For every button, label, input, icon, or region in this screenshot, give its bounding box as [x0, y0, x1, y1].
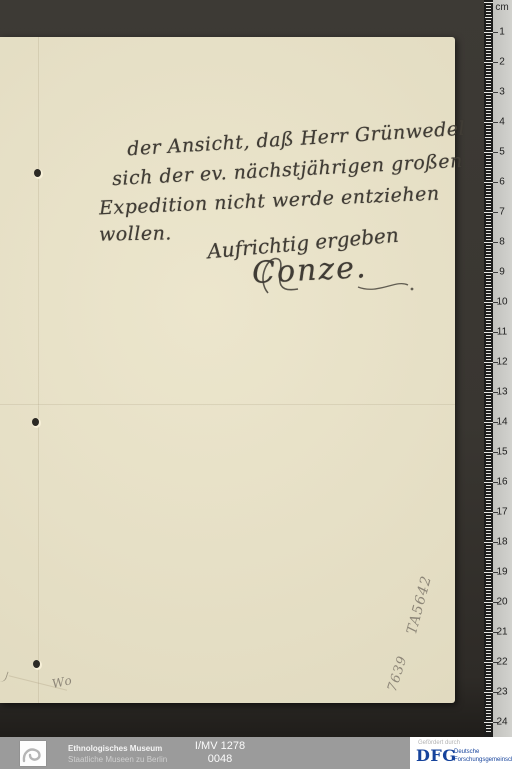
ruler-tick — [486, 710, 491, 711]
ruler-tick — [486, 215, 491, 216]
ruler-tick — [486, 329, 491, 330]
ruler-tick — [486, 608, 491, 609]
ruler-tick — [486, 263, 491, 264]
ruler-tick — [485, 557, 492, 558]
ruler-tick — [486, 548, 491, 549]
ruler-tick — [486, 716, 491, 717]
ruler-tick — [485, 437, 492, 438]
ruler-tick — [486, 569, 491, 570]
ruler-number: 4 — [493, 117, 511, 128]
ruler-tick — [486, 371, 491, 372]
pencil-annotation-bottom-left: Wo — [51, 673, 74, 691]
ruler-tick — [486, 194, 491, 195]
ruler-tick — [486, 5, 491, 6]
ruler-tick — [486, 620, 491, 621]
ruler-number: 3 — [493, 87, 511, 98]
ruler-tick — [484, 632, 493, 633]
ruler-tick — [486, 221, 491, 222]
ruler-tick — [486, 413, 491, 414]
ruler-tick — [484, 542, 493, 543]
ruler-tick — [486, 293, 491, 294]
ruler-number: 18 — [493, 537, 511, 548]
ruler-tick — [486, 269, 491, 270]
ruler-tick — [486, 326, 491, 327]
ruler-tick — [486, 218, 491, 219]
ruler-tick — [486, 386, 491, 387]
ruler-tick — [485, 377, 492, 378]
ruler-tick — [486, 686, 491, 687]
ruler-tick — [486, 176, 491, 177]
ruler-tick — [486, 350, 491, 351]
ruler-tick — [486, 473, 491, 474]
ruler-tick — [486, 596, 491, 597]
ruler-tick — [486, 146, 491, 147]
funder-name: Deutsche Forschungsgemeinschaft — [454, 748, 512, 764]
ruler-tick — [486, 518, 491, 519]
ruler-tick — [486, 494, 491, 495]
ruler-tick — [486, 629, 491, 630]
ruler-tick — [486, 173, 491, 174]
ruler-tick — [486, 590, 491, 591]
ruler-tick — [486, 641, 491, 642]
ruler-tick — [486, 11, 491, 12]
ruler-tick — [486, 131, 491, 132]
ruler-tick — [486, 65, 491, 66]
ruler-tick — [486, 314, 491, 315]
ruler-tick — [485, 347, 492, 348]
ruler-tick — [486, 89, 491, 90]
pencil-annotation-upper: TA5642 — [404, 574, 435, 636]
ruler-tick — [486, 464, 491, 465]
ruler-tick — [486, 305, 491, 306]
ruler-tick — [486, 599, 491, 600]
ruler-tick — [486, 35, 491, 36]
ruler-tick — [486, 44, 491, 45]
ruler-tick — [486, 206, 491, 207]
ruler-tick — [485, 407, 492, 408]
vertical-fold-line — [38, 37, 40, 703]
punch-hole — [32, 418, 39, 426]
ruler-tick — [486, 458, 491, 459]
page-number: 0048 — [0, 753, 440, 766]
ruler-tick — [486, 506, 491, 507]
ruler-tick — [484, 692, 493, 693]
ruler-tick — [486, 500, 491, 501]
ruler-tick — [486, 515, 491, 516]
ruler-tick — [486, 254, 491, 255]
ruler-tick — [486, 443, 491, 444]
ruler-tick — [486, 41, 491, 42]
ruler-number: 21 — [493, 627, 511, 638]
ruler-tick — [486, 410, 491, 411]
ruler-tick — [484, 602, 493, 603]
ruler-tick — [484, 512, 493, 513]
ruler-tick — [486, 320, 491, 321]
ruler-tick — [486, 638, 491, 639]
ruler-tick — [486, 419, 491, 420]
ruler-tick — [486, 113, 491, 114]
ruler-tick — [485, 587, 492, 588]
ruler-tick — [486, 380, 491, 381]
ruler-tick — [486, 29, 491, 30]
ruler-tick — [485, 617, 492, 618]
ruler-tick — [486, 731, 491, 732]
ruler-tick — [485, 497, 492, 498]
ruler-tick — [486, 671, 491, 672]
ruler-tick — [486, 431, 491, 432]
ruler-tick — [484, 272, 493, 273]
dfg-logo: DFG — [416, 746, 456, 765]
ruler-tick — [485, 167, 492, 168]
ruler-tick — [486, 575, 491, 576]
ruler-number: 1 — [493, 27, 511, 38]
ruler-tick — [486, 311, 491, 312]
ruler-tick — [486, 440, 491, 441]
ruler-tick — [486, 551, 491, 552]
ruler-tick — [485, 197, 492, 198]
ruler-tick — [486, 554, 491, 555]
ruler-tick — [484, 122, 493, 123]
ruler-tick — [486, 266, 491, 267]
ruler-tick — [486, 401, 491, 402]
ruler-tick — [486, 701, 491, 702]
ruler-number: 10 — [493, 297, 511, 308]
ruler-tick — [486, 290, 491, 291]
ruler-tick — [484, 62, 493, 63]
ruler-tick — [486, 104, 491, 105]
ruler-tick — [486, 200, 491, 201]
ruler-tick — [486, 404, 491, 405]
ruler-tick — [486, 683, 491, 684]
letter-line: wollen. — [99, 222, 172, 245]
ruler-tick — [484, 332, 493, 333]
ruler-tick — [486, 191, 491, 192]
ruler-tick — [486, 626, 491, 627]
ruler-tick — [486, 116, 491, 117]
ruler-tick — [485, 17, 492, 18]
letter-page: der Ansicht, daß Herr Grünwedel sich der… — [0, 37, 455, 703]
scan-area: der Ansicht, daß Herr Grünwedel sich der… — [0, 0, 512, 737]
ruler-tick — [486, 728, 491, 729]
ruler-tick — [485, 647, 492, 648]
ruler-tick — [486, 479, 491, 480]
ruler-tick — [486, 23, 491, 24]
ruler-number: 11 — [493, 327, 511, 338]
ruler-tick — [486, 530, 491, 531]
ruler-tick — [486, 125, 491, 126]
ruler-tick — [486, 536, 491, 537]
ruler-tick — [486, 650, 491, 651]
ruler-tick — [486, 461, 491, 462]
ruler-tick — [486, 455, 491, 456]
ruler-tick — [486, 80, 491, 81]
ruler-tick — [486, 299, 491, 300]
ruler-tick — [486, 539, 491, 540]
ruler-number: 13 — [493, 387, 511, 398]
ruler-tick — [486, 86, 491, 87]
ruler-number: 9 — [493, 267, 511, 278]
ruler-tick — [486, 251, 491, 252]
ruler-tick — [485, 257, 492, 258]
ruler-tick — [486, 560, 491, 561]
ruler-tick — [486, 521, 491, 522]
ruler-tick — [486, 605, 491, 606]
ruler-tick — [486, 593, 491, 594]
ruler-tick — [484, 212, 493, 213]
ruler-tick — [484, 182, 493, 183]
document-reference: I/MV 1278 0048 — [0, 740, 440, 766]
ruler-tick — [486, 368, 491, 369]
ruler-number: 6 — [493, 177, 511, 188]
ruler-tick — [486, 695, 491, 696]
ruler-tick — [486, 491, 491, 492]
ruler-tick — [486, 566, 491, 567]
ruler-tick — [486, 509, 491, 510]
ruler-tick — [486, 395, 491, 396]
ruler-tick — [484, 362, 493, 363]
ruler-tick — [486, 449, 491, 450]
ruler-tick — [486, 635, 491, 636]
ruler-tick — [484, 302, 493, 303]
ruler-tick — [486, 296, 491, 297]
punch-hole — [34, 169, 41, 177]
ruler-tick — [486, 611, 491, 612]
ruler-tick — [484, 152, 493, 153]
ruler-number: 5 — [493, 147, 511, 158]
ruler-tick — [486, 356, 491, 357]
ruler-tick — [486, 239, 491, 240]
ruler-tick — [486, 416, 491, 417]
ruler-tick — [486, 140, 491, 141]
ruler-tick — [486, 389, 491, 390]
ruler-tick — [486, 476, 491, 477]
ruler-tick — [486, 164, 491, 165]
ruler-tick — [486, 8, 491, 9]
ruler-number: 24 — [493, 717, 511, 728]
ruler-tick — [486, 656, 491, 657]
ruler-tick — [486, 278, 491, 279]
ruler-unit-label: cm — [493, 2, 511, 13]
ruler-tick — [486, 425, 491, 426]
ruler-tick — [486, 20, 491, 21]
ruler-tick — [486, 71, 491, 72]
ruler-tick — [486, 353, 491, 354]
ruler-tick — [486, 260, 491, 261]
ruler-tick — [486, 98, 491, 99]
ruler-tick — [486, 665, 491, 666]
ruler-tick — [486, 533, 491, 534]
ruler-tick — [486, 275, 491, 276]
ruler-tick — [486, 119, 491, 120]
ruler-tick — [486, 668, 491, 669]
ruler-number: 2 — [493, 57, 511, 68]
dfg-funding-box: Gefördert durch DFG Deutsche Forschungsg… — [410, 737, 512, 769]
ruler-tick — [486, 704, 491, 705]
ruler-tick — [486, 245, 491, 246]
ruler-tick — [486, 359, 491, 360]
ruler-tick — [484, 572, 493, 573]
ruler-number: 12 — [493, 357, 511, 368]
ruler-tick — [486, 230, 491, 231]
ruler-tick — [486, 584, 491, 585]
ruler-tick — [486, 338, 491, 339]
ruler-tick — [485, 527, 492, 528]
ruler-tick — [486, 188, 491, 189]
ruler-tick — [485, 107, 492, 108]
ruler-tick — [486, 725, 491, 726]
ruler-tick — [486, 383, 491, 384]
ruler-tick — [484, 32, 493, 33]
ruler-tick — [486, 179, 491, 180]
ruler-tick — [485, 317, 492, 318]
ruler-number: 8 — [493, 237, 511, 248]
ruler-tick — [485, 287, 492, 288]
ruler-tick — [486, 680, 491, 681]
ruler-tick — [486, 203, 491, 204]
ruler-tick — [486, 56, 491, 57]
ruler-number: 16 — [493, 477, 511, 488]
ruler-tick — [485, 77, 492, 78]
ruler-tick — [484, 422, 493, 423]
ruler-tick — [486, 581, 491, 582]
ruler-tick — [486, 524, 491, 525]
ruler-tick — [485, 47, 492, 48]
ruler-tick — [486, 323, 491, 324]
ruler-tick — [486, 281, 491, 282]
ruler-tick — [484, 92, 493, 93]
ruler-number: 7 — [493, 207, 511, 218]
ruler-number: 14 — [493, 417, 511, 428]
ruler-tick — [486, 95, 491, 96]
ruler-tick — [486, 719, 491, 720]
ruler-tick — [486, 68, 491, 69]
ruler-tick — [484, 392, 493, 393]
ruler-tick — [484, 242, 493, 243]
ruler-tick — [486, 158, 491, 159]
cm-ruler: cm 1234567891011121314151617181920212223… — [484, 0, 512, 737]
ruler-tick — [486, 659, 491, 660]
ruler-tick — [486, 284, 491, 285]
ruler-tick — [486, 38, 491, 39]
pencil-annotation-lower: 7639 — [385, 654, 411, 694]
ruler-tick — [484, 482, 493, 483]
ruler-tick — [484, 2, 493, 3]
ruler-number: 17 — [493, 507, 511, 518]
ruler-tick — [485, 467, 492, 468]
ruler-tick — [486, 170, 491, 171]
ruler-tick — [486, 59, 491, 60]
ruler-tick — [486, 428, 491, 429]
ruler-number: 23 — [493, 687, 511, 698]
ruler-tick — [486, 470, 491, 471]
ruler-tick — [486, 224, 491, 225]
ruler-tick — [486, 614, 491, 615]
ruler-tick — [486, 644, 491, 645]
ruler-tick — [486, 101, 491, 102]
ruler-tick — [486, 74, 491, 75]
ruler-number: 20 — [493, 597, 511, 608]
ruler-tick — [485, 707, 492, 708]
ruler-tick — [486, 185, 491, 186]
ruler-tick — [486, 155, 491, 156]
ruler-tick — [486, 209, 491, 210]
ruler-tick — [485, 137, 492, 138]
ruler-tick — [486, 134, 491, 135]
ruler-tick — [486, 674, 491, 675]
ruler-tick — [485, 677, 492, 678]
ruler-tick — [486, 308, 491, 309]
ruler-number: 15 — [493, 447, 511, 458]
ruler-tick — [486, 341, 491, 342]
signature: Conze. — [251, 250, 368, 291]
footer-bar: Ethnologisches Museum Staatliche Museen … — [0, 737, 512, 769]
ruler-tick — [484, 452, 493, 453]
ruler-tick — [484, 722, 493, 723]
edge-pencil-mark — [0, 669, 9, 684]
ruler-tick — [486, 248, 491, 249]
ruler-number: 22 — [493, 657, 511, 668]
ruler-tick — [486, 14, 491, 15]
ruler-tick — [486, 653, 491, 654]
ruler-tick — [486, 563, 491, 564]
ruler-tick — [486, 335, 491, 336]
ruler-tick — [486, 398, 491, 399]
ruler-tick — [486, 143, 491, 144]
ruler-tick — [486, 698, 491, 699]
ruler-tick — [486, 545, 491, 546]
ruler-tick — [485, 227, 492, 228]
ruler-tick — [486, 503, 491, 504]
ruler-tick — [484, 662, 493, 663]
ruler-tick — [486, 233, 491, 234]
ruler-tick — [486, 236, 491, 237]
ruler-tick — [486, 488, 491, 489]
ruler-tick — [486, 713, 491, 714]
horizontal-fold-line — [0, 404, 455, 406]
ruler-tick — [486, 689, 491, 690]
ruler-tick — [486, 578, 491, 579]
ruler-tick — [486, 53, 491, 54]
ruler-tick — [486, 434, 491, 435]
ruler-tick — [486, 365, 491, 366]
ruler-tick — [486, 623, 491, 624]
ruler-tick — [486, 149, 491, 150]
ruler-tick — [486, 485, 491, 486]
ruler-tick — [486, 50, 491, 51]
ruler-tick — [486, 83, 491, 84]
ruler-tick — [486, 161, 491, 162]
ruler-tick — [486, 374, 491, 375]
ruler-tick — [486, 128, 491, 129]
ruler-tick — [486, 110, 491, 111]
ruler-tick — [486, 446, 491, 447]
ruler-tick — [486, 26, 491, 27]
reference-id: I/MV 1278 — [0, 740, 440, 753]
ruler-number: 19 — [493, 567, 511, 578]
ruler-tick — [486, 344, 491, 345]
